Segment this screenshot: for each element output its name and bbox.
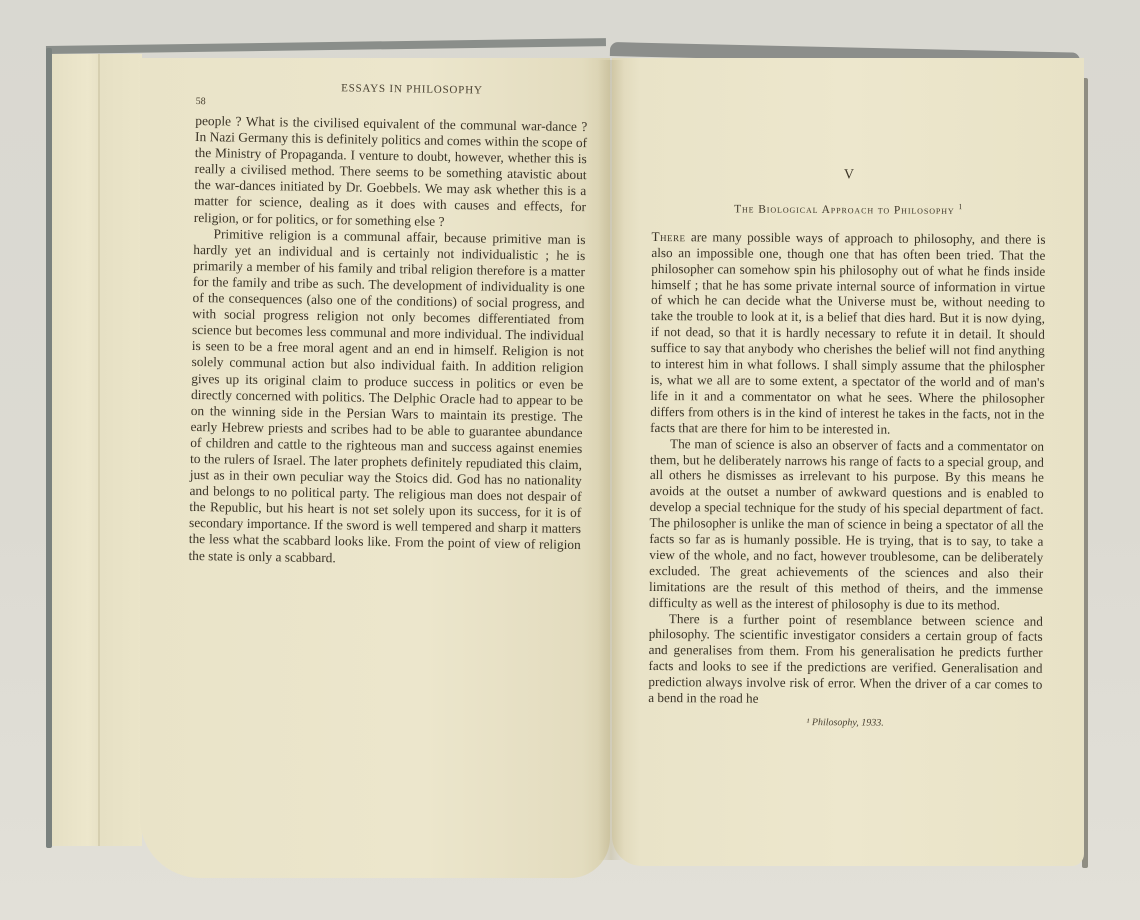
- left-page-content: ESSAYS IN PHILOSOPHY 58 people ? What is…: [188, 80, 588, 570]
- paragraph: There is a further point of resemblance …: [648, 611, 1043, 709]
- paragraph-text: are many possible ways of approach to ph…: [650, 229, 1045, 436]
- left-page-body: people ? What is the civilised equivalen…: [188, 113, 587, 570]
- chapter-title-text: The Biological Approach to Philosophy: [734, 203, 955, 217]
- book-gutter: [598, 60, 624, 860]
- book-cover-top-edge-left: [46, 38, 606, 54]
- page-stack-left: [52, 54, 142, 846]
- right-page-content: V The Biological Approach to Philosophy …: [648, 166, 1046, 730]
- lead-word: There: [651, 229, 685, 244]
- page-number: 58: [196, 96, 588, 113]
- chapter-number: V: [652, 166, 1046, 185]
- paragraph: The man of science is also an observer o…: [649, 436, 1044, 614]
- footnote-mark: 1: [958, 202, 963, 211]
- paragraph: There are many possible ways of approach…: [650, 229, 1045, 439]
- paragraph: people ? What is the civilised equivalen…: [194, 113, 588, 232]
- paragraph: Primitive religion is a communal affair,…: [188, 226, 585, 570]
- right-page-body: There are many possible ways of approach…: [648, 229, 1045, 709]
- chapter-title: The Biological Approach to Philosophy 1: [652, 200, 1046, 218]
